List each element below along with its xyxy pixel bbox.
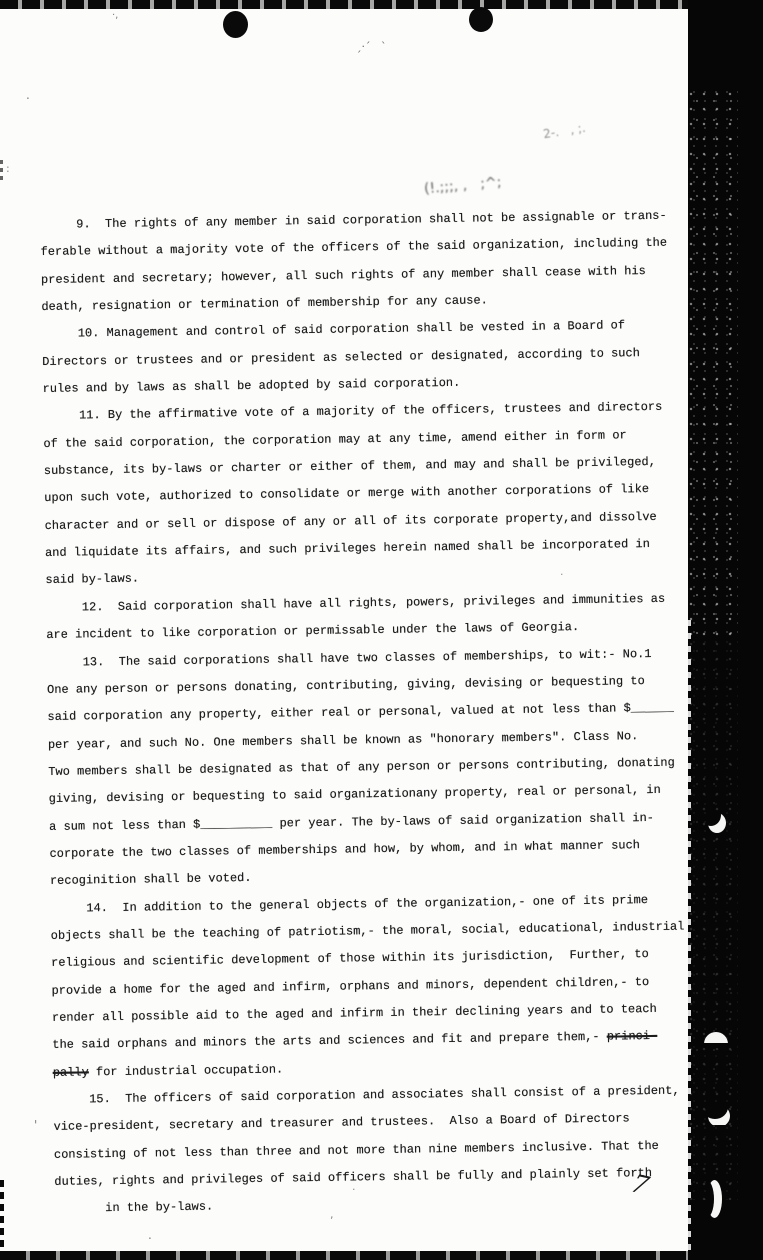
paragraph: 13. The said corporations shall have two… [46,640,710,896]
scan-edge-left [0,1180,4,1255]
paragraph: 9. The rights of any member in said corp… [40,202,702,321]
paragraph: 12. Said corporation shall have all righ… [46,585,707,649]
paragraph: 15. The officers of said corporation and… [53,1077,715,1223]
scan-edge-top [0,0,763,9]
handwritten-smudge: . [26,88,30,102]
paragraph: 10. Management and control of said corpo… [42,312,703,404]
handwritten-smudge: . [352,1180,356,1193]
handwritten-smudge: · [560,568,564,581]
scanned-document-page: 9. The rights of any member in said corp… [0,0,763,1260]
hole-punch-mark [223,11,248,38]
handwritten-smudge: ·, [112,10,118,21]
paragraph: 11. By the affirmative vote of a majorit… [43,394,706,595]
hole-punch-mark [469,7,493,32]
handwritten-smudge: . [148,1228,152,1242]
struck-text: pally [53,1065,89,1080]
document-body: 9. The rights of any member in said corp… [40,202,715,1223]
scan-edge-bottom [0,1251,700,1260]
handwritten-smudge: 2-. , ;. [542,121,586,142]
scan-edge-left-speck [0,160,3,182]
handwritten-smudge: ' [34,1118,37,1132]
handwritten-smudge: : [6,162,10,175]
binder-hole-reflection [708,811,728,835]
handwritten-smudge: , [330,1208,334,1221]
paragraph: 14. In addition to the general objects o… [50,886,713,1087]
handwritten-smudge: (!.;;;, , ;^; [423,175,502,198]
handwritten-smudge: ˏ·´ ` [356,40,387,53]
struck-text: princi- [607,1029,658,1044]
